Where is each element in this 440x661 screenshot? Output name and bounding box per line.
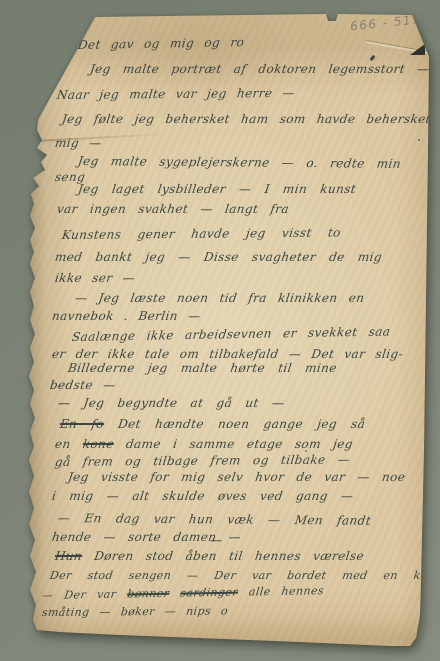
handwritten-line: Jeg følte jeg behersket ham som havde be… <box>61 112 432 126</box>
hand-text: en <box>54 437 84 451</box>
handwritten-line: med bankt jeg — Disse svagheter de mig <box>54 250 383 264</box>
hand-text: dame i samme etage som jeg <box>113 437 354 451</box>
hand-text: ikke ser — <box>54 271 136 285</box>
hand-text: i mig — alt skulde øves ved gang — <box>51 489 354 503</box>
hand-text: Døren stod åben til hennes værelse <box>81 549 365 563</box>
handwritten-line: Kunstens gener havde jeg visst to <box>61 226 342 242</box>
hand-text: Der stod sengen — Der var bordet med en … <box>49 569 440 582</box>
handwritten-line: Naar jeg malte var jeg herre — <box>56 86 296 102</box>
handwritten-line: Jeg laget lysbilleder — I min kunst <box>77 182 357 196</box>
hand-text: Saalænge ikke arbeidsevnen er svekket sa… <box>71 324 391 344</box>
handwritten-line: Saalænge ikke arbeidsevnen er svekket sa… <box>71 324 391 344</box>
handwritten-line: Billederne jeg malte hørte til mine <box>67 361 338 375</box>
hand-text: Kunstens gener havde jeg visst to <box>61 226 342 242</box>
handwritten-line: gå frem og tilbage frem og tilbake — <box>54 452 351 469</box>
hand-text: Det hændte noen gange jeg så <box>103 417 366 431</box>
hand-text: alle hennes <box>237 584 325 598</box>
handwritten-line: — Jeg læste noen tid fra klinikken en <box>74 291 365 305</box>
handwritten-line: en kone dame i samme etage som jeg <box>54 437 354 451</box>
hand-text: Jeg visste for mig selv hvor de var — no… <box>67 470 406 484</box>
hand-text: Billederne jeg malte hørte til mine <box>67 361 338 375</box>
handwritten-line: Jeg malte portræt af doktoren legemsstor… <box>89 62 431 76</box>
handwritten-line: — <box>209 533 223 547</box>
handwritten-line: En fo Det hændte noen gange jeg så <box>59 417 366 431</box>
hand-text: — Jeg begyndte at gå ut — <box>57 396 285 410</box>
hand-text: bedste — <box>49 378 117 392</box>
struck-word: bønner <box>127 587 171 601</box>
hand-text: med bankt jeg — Disse svagheter de mig <box>54 250 383 264</box>
struck-word: kone <box>82 437 115 451</box>
handwritten-line: var ingen svakhet — langt fra <box>56 202 290 216</box>
hand-text: — Der var <box>41 588 128 602</box>
hand-text: Naar jeg malte var jeg herre — <box>56 86 296 102</box>
handwritten-line: er der ikke tale om tilbakefald — Det va… <box>51 347 404 361</box>
hand-text: Jeg laget lysbilleder — I min kunst <box>77 182 357 196</box>
handwritten-line: — En dag var hun væk — Men fandt <box>57 511 372 528</box>
hand-text: Jeg følte jeg behersket ham som havde be… <box>61 112 432 126</box>
handwritten-line: — Jeg begyndte at gå ut — <box>57 396 285 410</box>
handwritten-line: småting — bøker — nips o <box>41 604 229 619</box>
hand-text: småting — bøker — nips o <box>41 604 229 619</box>
handwritten-line: Jeg malte sygeplejerskerne — o. redte mi… <box>77 154 402 171</box>
hand-text: — En dag var hun væk — Men fandt <box>57 511 372 528</box>
manuscript-page: 666 - 51. Det gav og mig og roJeg malte … <box>0 0 440 661</box>
handwritten-line: Hun Døren stod åben til hennes værelse <box>54 549 365 563</box>
hand-text: Det gav og mig og ro <box>77 35 245 52</box>
handwritten-line: Der stod sengen — Der var bordet med en … <box>49 569 440 582</box>
handwritten-line: — Der var bønner sardinger alle hennes <box>41 584 325 602</box>
hand-text: Jeg malte sygeplejerskerne — o. redte mi… <box>77 154 402 171</box>
handwritten-line: navnebok . Berlin — <box>51 309 202 323</box>
handwritten-line: ikke ser — <box>54 271 136 285</box>
hand-text: mig — <box>54 136 103 150</box>
handwritten-line: mig — <box>54 136 103 150</box>
handwritten-line: Det gav og mig og ro <box>77 35 245 52</box>
hand-text: gå frem og tilbage frem og tilbake — <box>54 452 351 469</box>
struck-word: Hun <box>54 549 83 563</box>
handwritten-line: Jeg visste for mig selv hvor de var — no… <box>67 470 406 484</box>
hand-text: var ingen svakhet — langt fra <box>56 202 290 216</box>
hand-text: Jeg malte portræt af doktoren legemsstor… <box>89 62 431 76</box>
struck-word: sardinger <box>180 586 239 600</box>
hand-text: — Jeg læste noen tid fra klinikken en <box>74 291 365 305</box>
hand-text: er der ikke tale om tilbakefald — Det va… <box>51 347 404 361</box>
hand-text: — <box>209 533 223 547</box>
struck-word: En fo <box>59 417 105 431</box>
handwritten-line: bedste — <box>49 378 117 392</box>
handwritten-line: i mig — alt skulde øves ved gang — <box>51 489 354 503</box>
scanned-document: 666 - 51. Det gav og mig og roJeg malte … <box>0 0 440 661</box>
paper-shadow-wrap: 666 - 51. Det gav og mig og roJeg malte … <box>0 0 440 661</box>
handwriting-block: Det gav og mig og roJeg malte portræt af… <box>0 0 440 661</box>
hand-text: navnebok . Berlin — <box>51 309 202 323</box>
